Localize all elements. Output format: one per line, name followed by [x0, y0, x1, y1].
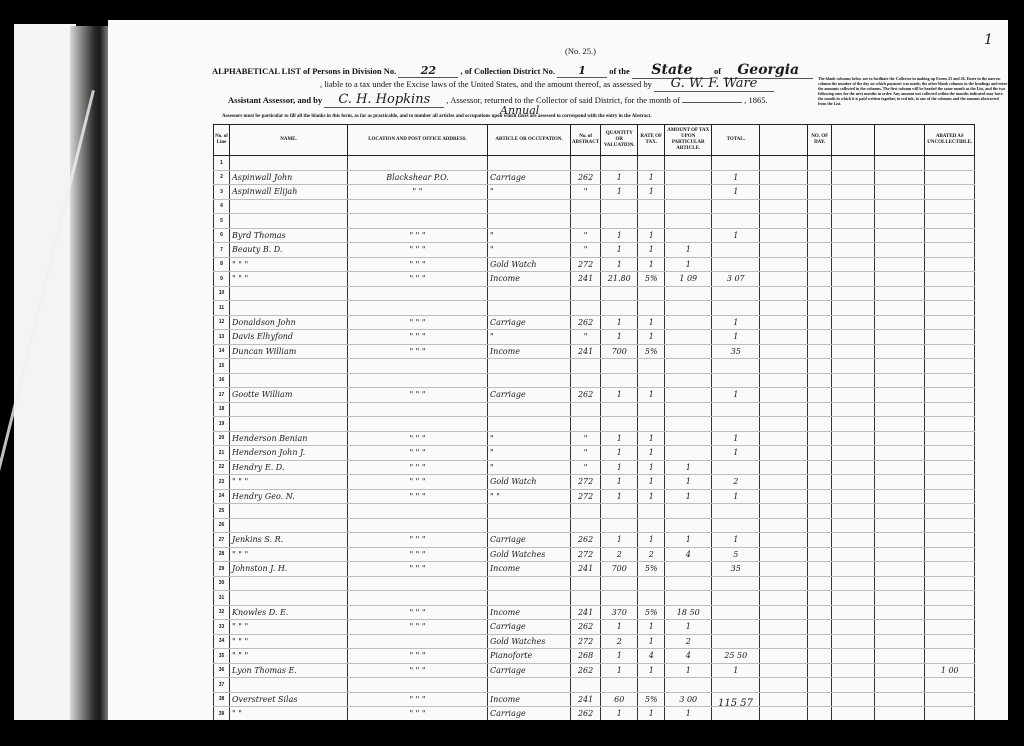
table-row: 9" " "" " "Income24121.805%1 093 07: [214, 272, 975, 287]
total-cell: 1: [712, 228, 760, 243]
amount-cell: 1: [665, 257, 712, 272]
abstract-cell: [571, 402, 601, 417]
left-margin-strip: [14, 24, 76, 736]
rate-cell: 1: [638, 533, 665, 548]
rate-cell: 5%: [638, 692, 665, 707]
table-row: 1: [214, 156, 975, 171]
name-cell: Jenkins S. R.: [230, 533, 348, 548]
article-cell: [488, 199, 571, 214]
rate-cell: 2: [638, 547, 665, 562]
blank-cell-3: [875, 359, 925, 374]
blank-cell-3: [875, 156, 925, 171]
blank-cell-1: [760, 272, 808, 287]
rate-cell: 1: [638, 431, 665, 446]
table-row: 22Hendry E. D." " """111: [214, 460, 975, 475]
rate-cell: [638, 678, 665, 693]
line-number: 36: [214, 663, 230, 678]
article-cell: [488, 417, 571, 432]
blank-cell-2: [832, 692, 875, 707]
blank-cell-3: [875, 344, 925, 359]
total-cell: [712, 156, 760, 171]
blank-cell-1: [760, 591, 808, 606]
rate-cell: 1: [638, 663, 665, 678]
side-note: The blank columns below are to facilitat…: [818, 76, 1008, 106]
blank-cell-3: [875, 272, 925, 287]
quantity-cell: 1: [601, 489, 638, 504]
table-row: 36Lyon Thomas E." " "Carriage26211111 00: [214, 663, 975, 678]
amount-cell: [665, 504, 712, 519]
abstract-cell: 262: [571, 707, 601, 722]
rate-cell: 4: [638, 649, 665, 664]
day-cell: [808, 663, 832, 678]
quantity-cell: 1: [601, 460, 638, 475]
col-day: NO. OF DAY.: [808, 125, 832, 156]
blank-cell-2: [832, 170, 875, 185]
blank-cell-1: [760, 620, 808, 635]
total-cell: 3 07: [712, 272, 760, 287]
location-cell: [348, 402, 488, 417]
article-cell: [488, 678, 571, 693]
line-number: 38: [214, 692, 230, 707]
total-cell: [712, 417, 760, 432]
table-row: 21Henderson John J." " """111: [214, 446, 975, 461]
article-cell: [488, 373, 571, 388]
line-number: 7: [214, 243, 230, 258]
day-cell: [808, 649, 832, 664]
abated-cell: [925, 170, 975, 185]
abated-cell: [925, 402, 975, 417]
amount-cell: 1: [665, 243, 712, 258]
article-cell: ": [488, 185, 571, 200]
blank-cell-1: [760, 446, 808, 461]
article-cell: Income: [488, 562, 571, 577]
line-number: 13: [214, 330, 230, 345]
amount-cell: 1: [665, 620, 712, 635]
blank-cell-2: [832, 402, 875, 417]
blank-cell-2: [832, 620, 875, 635]
abated-cell: [925, 475, 975, 490]
abstract-cell: ": [571, 228, 601, 243]
blank-cell-3: [875, 634, 925, 649]
line-number: 31: [214, 591, 230, 606]
of-the-label: of the: [609, 66, 630, 76]
line-number: 14: [214, 344, 230, 359]
table-row: 14Duncan William" " "Income2417005%35: [214, 344, 975, 359]
name-cell: Overstreet Silas: [230, 692, 348, 707]
name-cell: [230, 504, 348, 519]
line-number: 9: [214, 272, 230, 287]
amount-cell: 1: [665, 475, 712, 490]
blank-cell-3: [875, 692, 925, 707]
quantity-cell: [601, 402, 638, 417]
quantity-cell: 1: [601, 185, 638, 200]
article-cell: Income: [488, 272, 571, 287]
table-row: 12Donaldson John" " "Carriage262111: [214, 315, 975, 330]
table-row: 31: [214, 591, 975, 606]
name-cell: Hendry Geo. N.: [230, 489, 348, 504]
location-cell: " ": [348, 185, 488, 200]
day-cell: [808, 431, 832, 446]
line-number: 17: [214, 388, 230, 403]
blank-cell-2: [832, 257, 875, 272]
total-cell: 1: [712, 533, 760, 548]
blank-cell-2: [832, 156, 875, 171]
amount-cell: [665, 199, 712, 214]
total-cell: [712, 518, 760, 533]
abstract-cell: [571, 591, 601, 606]
article-cell: [488, 156, 571, 171]
blank-cell-1: [760, 286, 808, 301]
name-cell: " " ": [230, 547, 348, 562]
amount-cell: [665, 431, 712, 446]
blank-cell-2: [832, 286, 875, 301]
table-row: 24Hendry Geo. N." " "" "2721111: [214, 489, 975, 504]
blank-cell-3: [875, 707, 925, 722]
day-cell: [808, 417, 832, 432]
line-number: 27: [214, 533, 230, 548]
rate-cell: [638, 286, 665, 301]
abstract-cell: 268: [571, 649, 601, 664]
name-cell: [230, 286, 348, 301]
blank-cell-1: [760, 199, 808, 214]
day-cell: [808, 199, 832, 214]
assessor-mid-text: , Assessor, returned to the Collector of…: [446, 95, 680, 105]
location-cell: [348, 156, 488, 171]
abated-cell: [925, 388, 975, 403]
day-cell: [808, 620, 832, 635]
line-number: 30: [214, 576, 230, 591]
quantity-cell: [601, 156, 638, 171]
day-cell: [808, 446, 832, 461]
total-cell: [712, 605, 760, 620]
title-prefix: ALPHABETICAL LIST of Persons in Division…: [212, 66, 396, 76]
blank-cell-2: [832, 663, 875, 678]
blank-cell-2: [832, 431, 875, 446]
abstract-cell: ": [571, 460, 601, 475]
location-cell: " " ": [348, 692, 488, 707]
location-cell: " " ": [348, 315, 488, 330]
rate-cell: 1: [638, 489, 665, 504]
blank-cell-1: [760, 533, 808, 548]
article-cell: Gold Watch: [488, 475, 571, 490]
article-cell: ": [488, 460, 571, 475]
blank-cell-3: [875, 504, 925, 519]
blank-cell-3: [875, 228, 925, 243]
abated-cell: [925, 707, 975, 722]
quantity-cell: 1: [601, 663, 638, 678]
total-cell: [712, 576, 760, 591]
name-cell: [230, 301, 348, 316]
rate-cell: [638, 373, 665, 388]
total-cell: [712, 504, 760, 519]
day-cell: [808, 243, 832, 258]
blank-cell-1: [760, 170, 808, 185]
table-row: 25: [214, 504, 975, 519]
line-number: 8: [214, 257, 230, 272]
abstract-cell: 272: [571, 257, 601, 272]
blank-cell-1: [760, 605, 808, 620]
name-cell: Davis Elhyfond: [230, 330, 348, 345]
blank-cell-2: [832, 417, 875, 432]
blank-cell-2: [832, 489, 875, 504]
day-cell: [808, 185, 832, 200]
rate-cell: [638, 301, 665, 316]
line-number: 35: [214, 649, 230, 664]
rate-cell: [638, 417, 665, 432]
rate-cell: 1: [638, 475, 665, 490]
total-cell: [712, 620, 760, 635]
blank-cell-3: [875, 388, 925, 403]
assessor-prefix: Assistant Assessor, and by: [228, 95, 322, 105]
location-cell: " " ": [348, 547, 488, 562]
quantity-cell: 700: [601, 344, 638, 359]
name-cell: Aspinwall Elijah: [230, 185, 348, 200]
blank-cell-1: [760, 359, 808, 374]
location-cell: " " ": [348, 431, 488, 446]
location-cell: [348, 576, 488, 591]
blank-cell-1: [760, 460, 808, 475]
amount-cell: [665, 315, 712, 330]
blank-cell-3: [875, 460, 925, 475]
location-cell: [348, 518, 488, 533]
location-cell: " " ": [348, 330, 488, 345]
article-cell: [488, 301, 571, 316]
day-cell: [808, 518, 832, 533]
blank-cell-3: [875, 547, 925, 562]
abated-cell: [925, 446, 975, 461]
blank-cell-3: [875, 214, 925, 229]
total-cell: 35: [712, 562, 760, 577]
blank-cell-3: [875, 257, 925, 272]
amount-cell: 1: [665, 489, 712, 504]
location-cell: [348, 417, 488, 432]
quantity-cell: [601, 199, 638, 214]
line-number: 20: [214, 431, 230, 446]
blank-cell-2: [832, 388, 875, 403]
blank-cell-2: [832, 460, 875, 475]
quantity-cell: 1: [601, 170, 638, 185]
blank-cell-2: [832, 634, 875, 649]
rate-cell: [638, 156, 665, 171]
table-row: 23" " "" " "Gold Watch2721112: [214, 475, 975, 490]
liability-line: , liable to a tax under the Excise laws …: [320, 76, 774, 92]
blank-cell-1: [760, 504, 808, 519]
table-row: 17Gootte William" " "Carriage262111: [214, 388, 975, 403]
table-row: 20Henderson Benian" " """111: [214, 431, 975, 446]
article-cell: ": [488, 431, 571, 446]
blank-cell-3: [875, 417, 925, 432]
total-cell: 1: [712, 446, 760, 461]
line-number: 18: [214, 402, 230, 417]
blank-cell-3: [875, 199, 925, 214]
quantity-cell: [601, 518, 638, 533]
total-cell: 2: [712, 475, 760, 490]
blank-cell-1: [760, 185, 808, 200]
location-cell: " " ": [348, 344, 488, 359]
amount-cell: [665, 228, 712, 243]
blank-cell-3: [875, 315, 925, 330]
abstract-cell: [571, 214, 601, 229]
quantity-cell: 60: [601, 692, 638, 707]
line-number: 33: [214, 620, 230, 635]
abstract-cell: 262: [571, 620, 601, 635]
rate-cell: [638, 591, 665, 606]
abstract-cell: [571, 576, 601, 591]
rate-cell: 1: [638, 243, 665, 258]
abstract-cell: [571, 199, 601, 214]
location-cell: [348, 373, 488, 388]
rate-cell: 1: [638, 257, 665, 272]
article-cell: Carriage: [488, 533, 571, 548]
blank-cell-3: [875, 489, 925, 504]
name-cell: " " ": [230, 649, 348, 664]
abated-cell: [925, 533, 975, 548]
blank-cell-1: [760, 330, 808, 345]
col-quantity: QUANTITY OR VALUATION.: [601, 125, 638, 156]
amount-cell: 1: [665, 460, 712, 475]
location-cell: " " ": [348, 475, 488, 490]
day-cell: [808, 678, 832, 693]
blank-cell-1: [760, 707, 808, 722]
line-number: 21: [214, 446, 230, 461]
day-cell: [808, 272, 832, 287]
total-cell: [712, 199, 760, 214]
rate-cell: 1: [638, 460, 665, 475]
form-number: (No. 25.): [565, 46, 596, 56]
rate-cell: [638, 518, 665, 533]
line-number: 32: [214, 605, 230, 620]
quantity-cell: 700: [601, 562, 638, 577]
name-cell: [230, 678, 348, 693]
abated-cell: [925, 431, 975, 446]
line-number: 12: [214, 315, 230, 330]
location-cell: " " ": [348, 388, 488, 403]
blank-cell-3: [875, 678, 925, 693]
name-cell: Donaldson John: [230, 315, 348, 330]
col-abated: ABATED AS UNCOLLECTIBLE.: [925, 125, 975, 156]
blank-cell-1: [760, 388, 808, 403]
abstract-cell: [571, 518, 601, 533]
line-number: 1: [214, 156, 230, 171]
amount-cell: 1 09: [665, 272, 712, 287]
rate-cell: 5%: [638, 344, 665, 359]
abated-cell: [925, 330, 975, 345]
ledger-table: No. of Line NAME. LOCATION AND POST OFFI…: [213, 124, 975, 737]
article-cell: [488, 214, 571, 229]
location-cell: " " ": [348, 605, 488, 620]
quantity-cell: 1: [601, 649, 638, 664]
amount-cell: [665, 185, 712, 200]
abstract-cell: 241: [571, 344, 601, 359]
table-row: 2Aspinwall JohnBlackshear P.O.Carriage26…: [214, 170, 975, 185]
col-blank-2: [832, 125, 875, 156]
amount-cell: 1: [665, 707, 712, 722]
name-cell: Henderson John J.: [230, 446, 348, 461]
blank-cell-3: [875, 402, 925, 417]
blank-cell-2: [832, 533, 875, 548]
total-cell: [712, 460, 760, 475]
total-cell: [712, 359, 760, 374]
blank-cell-2: [832, 591, 875, 606]
location-cell: " " ": [348, 562, 488, 577]
abstract-cell: 262: [571, 170, 601, 185]
blank-cell-3: [875, 475, 925, 490]
table-row: 10: [214, 286, 975, 301]
abated-cell: [925, 185, 975, 200]
blank-cell-2: [832, 344, 875, 359]
blank-cell-2: [832, 199, 875, 214]
quantity-cell: [601, 591, 638, 606]
blank-cell-2: [832, 330, 875, 345]
blank-cell-3: [875, 330, 925, 345]
name-cell: [230, 199, 348, 214]
article-cell: [488, 591, 571, 606]
blank-cell-2: [832, 504, 875, 519]
article-cell: ": [488, 446, 571, 461]
blank-cell-3: [875, 649, 925, 664]
name-cell: Knowles D. E.: [230, 605, 348, 620]
abated-cell: [925, 576, 975, 591]
abstract-cell: 262: [571, 533, 601, 548]
article-cell: ": [488, 330, 571, 345]
abstract-cell: [571, 504, 601, 519]
day-cell: [808, 634, 832, 649]
rate-cell: 5%: [638, 605, 665, 620]
article-cell: Carriage: [488, 663, 571, 678]
table-row: 6Byrd Thomas" " """111: [214, 228, 975, 243]
name-cell: " " ": [230, 257, 348, 272]
amount-cell: [665, 214, 712, 229]
blank-cell-2: [832, 185, 875, 200]
table-row: 16: [214, 373, 975, 388]
name-cell: [230, 214, 348, 229]
blank-cell-2: [832, 518, 875, 533]
location-cell: " " ": [348, 707, 488, 722]
table-row: 18: [214, 402, 975, 417]
name-cell: Lyon Thomas E.: [230, 663, 348, 678]
article-cell: Carriage: [488, 388, 571, 403]
day-cell: [808, 228, 832, 243]
table-row: 11: [214, 301, 975, 316]
col-total: TOTAL.: [712, 125, 760, 156]
blank-cell-3: [875, 576, 925, 591]
day-cell: [808, 359, 832, 374]
abated-cell: [925, 678, 975, 693]
amount-cell: [665, 344, 712, 359]
day-cell: [808, 692, 832, 707]
blank-cell-2: [832, 359, 875, 374]
blank-cell-3: [875, 286, 925, 301]
blank-cell-3: [875, 533, 925, 548]
name-cell: [230, 373, 348, 388]
article-cell: Gold Watch: [488, 257, 571, 272]
total-cell: 1: [712, 170, 760, 185]
rate-cell: 1: [638, 228, 665, 243]
total-cell: 5: [712, 547, 760, 562]
quantity-cell: 2: [601, 547, 638, 562]
name-cell: Hendry E. D.: [230, 460, 348, 475]
blank-cell-2: [832, 214, 875, 229]
abstract-cell: ": [571, 185, 601, 200]
abstract-cell: 272: [571, 489, 601, 504]
abstract-cell: 241: [571, 562, 601, 577]
location-cell: " " ": [348, 533, 488, 548]
quantity-cell: [601, 504, 638, 519]
quantity-cell: 1: [601, 330, 638, 345]
table-row: 8" " "" " "Gold Watch272111: [214, 257, 975, 272]
rate-cell: [638, 504, 665, 519]
rate-cell: [638, 402, 665, 417]
